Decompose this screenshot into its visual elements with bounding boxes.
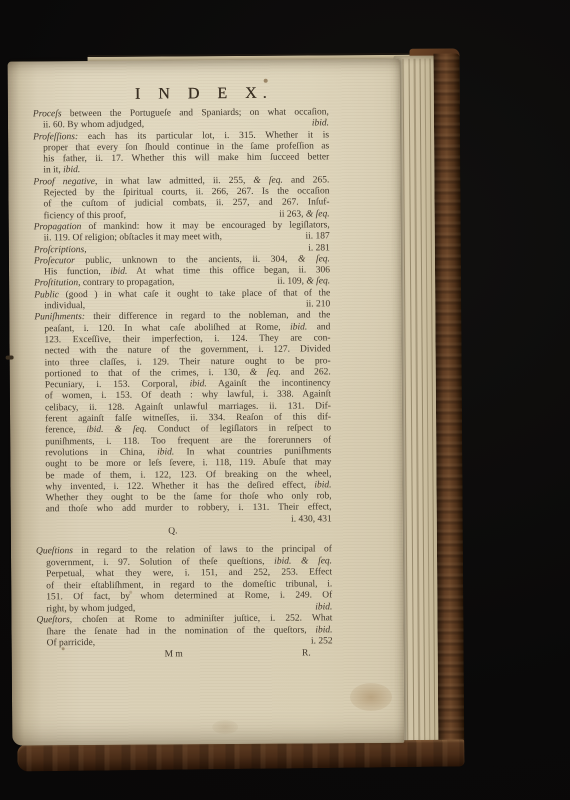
photo-background: I N D E X. Proceſs between the Portugueſ… — [0, 0, 570, 800]
page-heading: I N D E X. — [8, 84, 400, 105]
stain-spot — [212, 720, 238, 734]
foxing-dot — [129, 591, 132, 594]
index-line: ſhare the ſenate had in the nomination o… — [36, 625, 332, 639]
stain-spot — [350, 683, 392, 711]
index-line: Public (good ) in what caſe it ought to … — [34, 288, 330, 301]
index-line: M mR. — [37, 648, 333, 662]
book: I N D E X. Proceſs between the Portugueſ… — [5, 50, 464, 773]
foxing-dot — [264, 79, 268, 83]
book-cover-right-edge — [434, 53, 465, 755]
foxing-dot — [62, 647, 65, 650]
index-line: and thoſe who add murder to robbery, i. … — [36, 503, 332, 516]
index-text-block: Proceſs between the Portugueſe and Spani… — [33, 107, 333, 661]
index-line: Q. — [36, 525, 332, 538]
book-page: I N D E X. Proceſs between the Portugueſ… — [8, 59, 405, 746]
index-line: 151. Of fact, by whom determined at Rome… — [36, 591, 332, 605]
page-edge-mark — [6, 356, 14, 360]
